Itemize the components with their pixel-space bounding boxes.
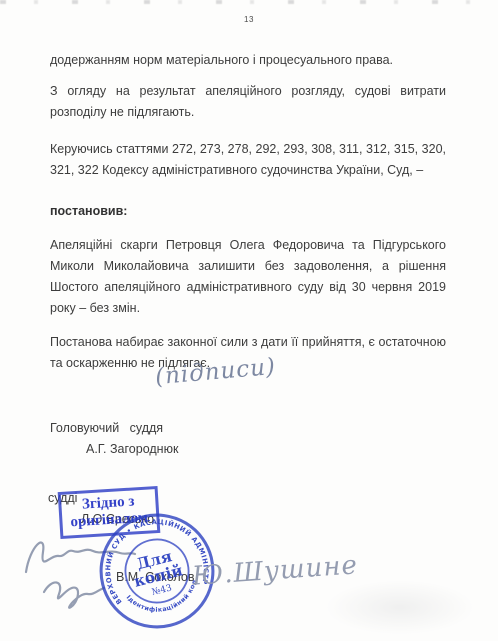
paragraph-guided-by-articles: Керуючись статтями 272, 273, 278, 292, 2…	[50, 139, 446, 181]
court-decision-page: 13 додержанням норм матеріального і проц…	[0, 0, 498, 641]
scan-smudge	[325, 580, 475, 635]
paragraph-compliance: додержанням норм матеріального і процесу…	[50, 50, 446, 71]
resolution-heading: постановив:	[50, 201, 446, 222]
paragraph-resolution: Апеляційні скарги Петровця Олега Федоров…	[50, 235, 446, 319]
presiding-judge-label: Головуючий суддя	[50, 418, 446, 438]
paragraph-court-costs: З огляду на результат апеляційного розгл…	[50, 81, 446, 123]
scan-artifact-top-edge	[0, 0, 498, 4]
presiding-judge-name: А.Г. Загороднюк	[86, 439, 446, 459]
